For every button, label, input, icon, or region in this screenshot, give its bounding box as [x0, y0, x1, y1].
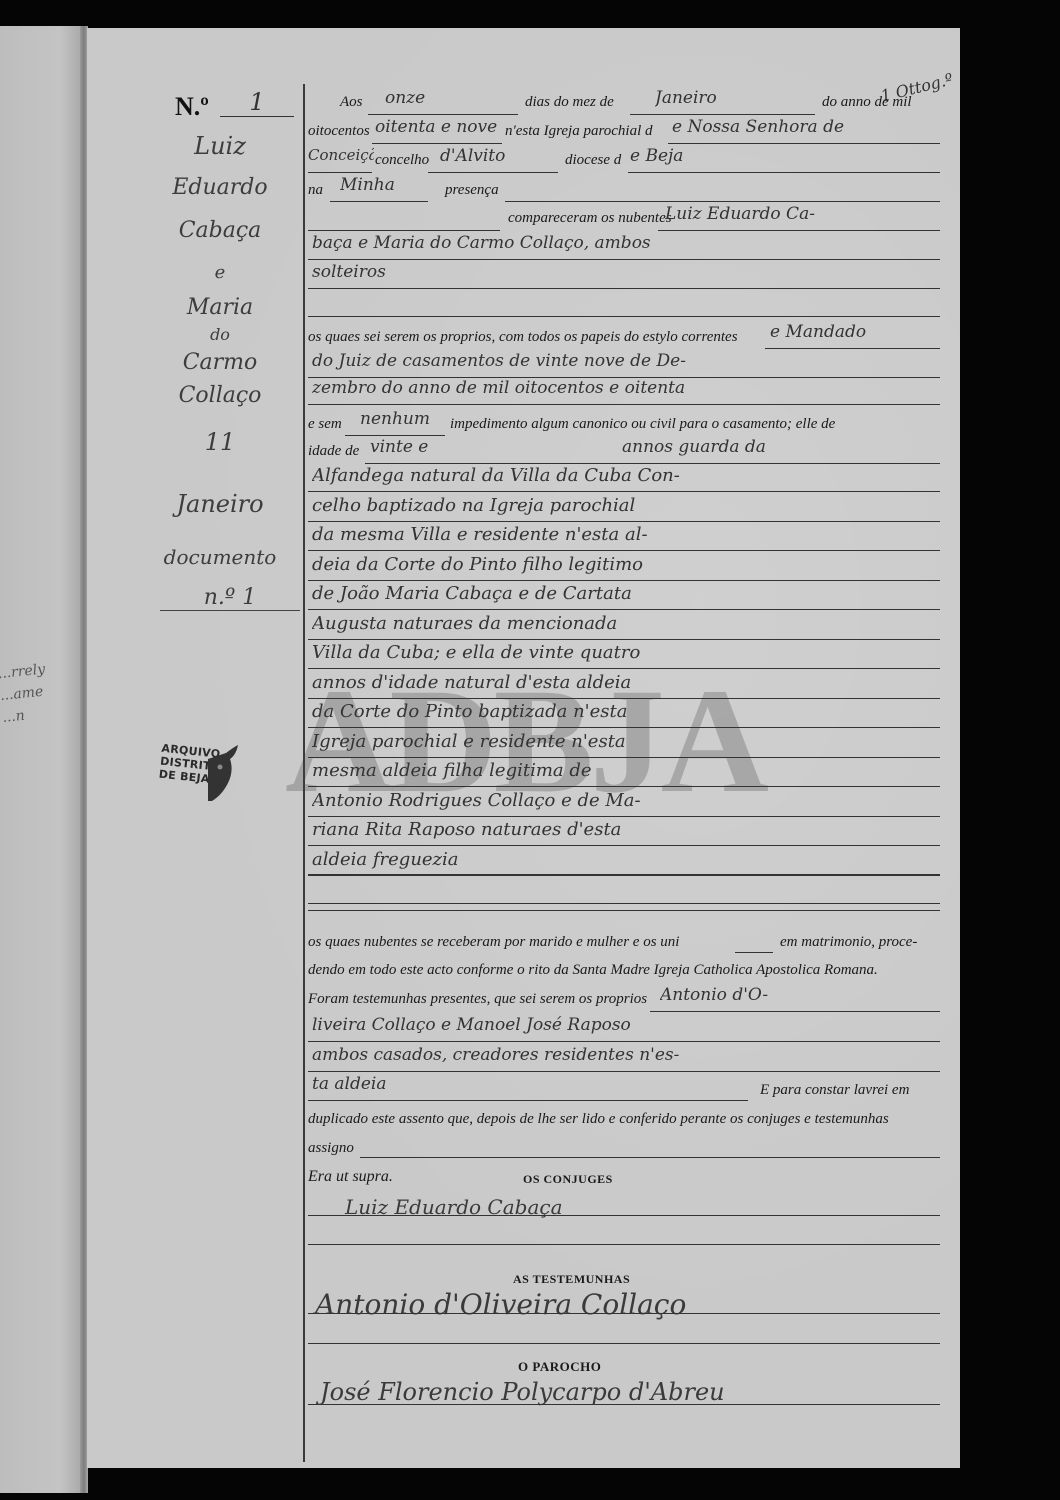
margin-day: 11: [140, 428, 300, 456]
field-parish-cont: Conceição: [308, 146, 374, 164]
entry-number: 1: [220, 88, 294, 117]
text-assigno: assigno: [308, 1140, 354, 1157]
handwritten-line: aldeia freguezia: [312, 849, 937, 870]
field-presence: Minha: [340, 175, 395, 195]
handwritten-line: mesma aldeia filha legitima de: [312, 760, 937, 781]
field-status: solteiros: [312, 262, 386, 282]
handwritten-line: Antonio Rodrigues Collaço e de Ma-: [312, 790, 937, 811]
signature-parocho: José Florencio Polycarpo d'Abreu: [320, 1378, 725, 1406]
margin-name-3: Cabaça: [140, 218, 300, 243]
margin-conj: e: [140, 262, 300, 283]
field-witness-1: Antonio d'O-: [660, 985, 768, 1005]
text-na: na: [308, 182, 323, 199]
field-age: vinte e: [370, 437, 428, 457]
text-impedimento: impedimento algum canonico ou civil para…: [450, 416, 835, 433]
archive-stamp: ARQUIVO DISTRITAL DE BEJA: [160, 745, 240, 805]
handwritten-line: Alfandega natural da Villa da Cuba Con-: [312, 465, 937, 486]
ruled-line: [308, 668, 940, 669]
handwritten-line: da mesma Villa e residente n'esta al-: [312, 524, 937, 545]
ruled-line: [308, 491, 940, 492]
margin-name-2: Eduardo: [140, 175, 300, 200]
field-groom: Luiz Eduardo Ca-: [665, 204, 815, 224]
ruled-line: [308, 580, 940, 581]
margin-month: Janeiro: [140, 490, 300, 518]
text-matrimonio: em matrimonio, proce-: [780, 934, 917, 951]
field-papers-2: do Juiz de casamentos de vinte nove de D…: [312, 351, 937, 371]
margin-name-7: Collaço: [140, 383, 300, 408]
text-e-sem: e sem: [308, 416, 342, 433]
field-diocese: e Beja: [630, 146, 683, 166]
ruled-line: [308, 727, 940, 728]
ruled-line: [308, 609, 940, 610]
entry-number-label: N.º: [175, 92, 209, 122]
field-papers: e Mandado: [770, 322, 866, 342]
field-nubentes: baça e Maria do Carmo Collaço, ambos: [312, 233, 937, 253]
left-page-note: ...rrely ...ame ...n: [0, 657, 63, 729]
ruled-line: [308, 521, 940, 522]
handwritten-line: celho baptizado na Igreja parochial: [312, 495, 937, 516]
field-witness-2: liveira Collaço e Manoel José Raposo: [312, 1015, 937, 1035]
field-day: onze: [385, 88, 425, 108]
text-para-constar: E para constar lavrei em: [760, 1082, 909, 1099]
margin-name-4: Maria: [140, 295, 300, 320]
handwritten-line: Augusta naturaes da mencionada: [312, 613, 937, 634]
text-oitocentos: oitocentos: [308, 123, 370, 140]
margin-document-note: documento: [140, 545, 300, 569]
handwritten-line: da Corte do Pinto baptizada n'esta: [312, 701, 937, 722]
field-month: Janeiro: [655, 88, 717, 108]
text-aos: Aos: [340, 94, 363, 111]
text-os-quaes: os quaes sei serem os proprios, com todo…: [308, 329, 738, 346]
ruled-line: [308, 639, 940, 640]
ruled-line: [308, 816, 940, 817]
signature-testemunha: Antonio d'Oliveira Collaço: [315, 1288, 686, 1321]
margin-name-6: Carmo: [140, 350, 300, 375]
text-procedendo: dendo em todo este acto conforme o rito …: [308, 962, 878, 979]
handwritten-line: riana Rita Raposo naturaes d'esta: [312, 819, 937, 840]
handwritten-line: Villa da Cuba; e ella de vinte quatro: [312, 642, 937, 663]
field-impediment: nenhum: [360, 409, 430, 429]
text-diocese: diocese d: [565, 152, 621, 169]
text-presenca: presença: [445, 182, 499, 199]
ruled-line: [308, 698, 940, 699]
margin-divider: [303, 84, 305, 1462]
ruled-line: [308, 786, 940, 787]
handwritten-line: deia da Corte do Pinto filho legitimo: [312, 554, 937, 575]
handwritten-line: annos d'idade natural d'esta aldeia: [312, 672, 937, 693]
text-dias-mez: dias do mez de: [525, 94, 614, 111]
text-era-ut-supra: Era ut supra.: [308, 1168, 393, 1186]
ruled-line: [308, 845, 940, 846]
margin-name-1: Luiz: [140, 132, 300, 160]
text-compareceram: compareceram os nubentes: [508, 210, 672, 227]
field-occupation: annos guarda da: [622, 437, 766, 457]
ruled-line: [308, 550, 940, 551]
left-page: [0, 26, 86, 1493]
ruled-line: [308, 757, 940, 758]
ruled-line: [308, 903, 940, 904]
field-witness-4: ta aldeia: [312, 1074, 386, 1094]
handwritten-line: Igreja parochial e residente n'esta: [312, 731, 937, 752]
label-parocho: O PAROCHO: [518, 1359, 601, 1375]
ruled-line: [308, 874, 940, 875]
text-igreja: n'esta Igreja parochial d: [505, 123, 653, 140]
margin-document-number: n.º 1: [160, 585, 300, 611]
text-concelho: concelho: [375, 152, 429, 169]
handwritten-line: de João Maria Cabaça e de Cartata: [312, 583, 937, 604]
margin-name-5: do: [140, 325, 300, 344]
field-papers-3: zembro do anno de mil oitocentos e oiten…: [312, 378, 937, 398]
text-idade: idade de: [308, 443, 359, 460]
text-duplicado: duplicado este assento que, depois de lh…: [308, 1111, 889, 1128]
label-conjuges: OS CONJUGES: [523, 1172, 613, 1187]
field-concelho: d'Alvito: [440, 146, 505, 166]
field-year: oitenta e nove: [375, 117, 501, 137]
text-receberam: os quaes nubentes se receberam por marid…: [308, 934, 679, 951]
text-testemunhas: Foram testemunhas presentes, que sei ser…: [308, 991, 647, 1008]
text-anno: do anno de mil: [822, 94, 912, 111]
elephant-head-icon: [204, 743, 240, 803]
field-parish: e Nossa Senhora de: [672, 117, 844, 137]
field-witness-3: ambos casados, creadores residentes n'es…: [312, 1045, 937, 1065]
label-testemunhas: AS TESTEMUNHAS: [513, 1272, 630, 1287]
